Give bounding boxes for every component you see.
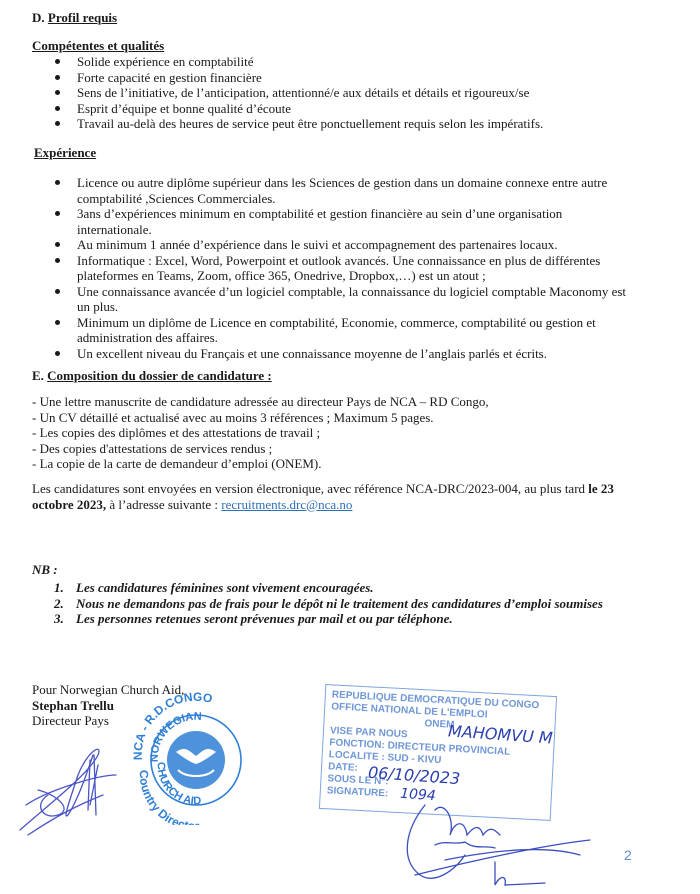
nb-list: 1.Les candidatures féminines sont viveme…	[20, 580, 680, 627]
list-item-text: Licence ou autre diplôme supérieur dans …	[77, 175, 607, 206]
submission-paragraph: Les candidatures sont envoyées en versio…	[32, 481, 632, 512]
experience-list: Licence ou autre diplôme supérieur dans …	[0, 175, 640, 361]
section-d-title: Profil requis	[48, 10, 117, 25]
list-item: Solide expérience en comptabilité	[0, 54, 660, 70]
nb-item: 2.Nous ne demandons pas de frais pour le…	[20, 596, 680, 612]
list-item: 3ans d’expériences minimum en comptabili…	[0, 206, 640, 237]
list-item: Minimum un diplôme de Licence en comptab…	[0, 315, 640, 346]
list-item: Licence ou autre diplôme supérieur dans …	[0, 175, 640, 206]
experience-title: Expérience	[34, 145, 96, 160]
list-item-text: Esprit d’équipe et bonne qualité d’écout…	[77, 101, 291, 116]
nb-item-text: Nous ne demandons pas de frais pour le d…	[76, 596, 603, 611]
nb-item-text: Les personnes retenues seront prévenues …	[76, 611, 453, 626]
section-d-heading: D. Profil requis	[32, 10, 117, 26]
list-item: - Des copies d'attestations de services …	[32, 441, 489, 457]
list-item-text: Informatique : Excel, Word, Powerpoint e…	[77, 253, 600, 284]
competences-title: Compétentes et qualités	[32, 38, 164, 53]
nb-item-number: 1.	[54, 580, 64, 596]
list-item: Sens de l’initiative, de l’anticipation,…	[0, 85, 660, 101]
section-e-prefix: E.	[32, 368, 44, 383]
list-item-text: Au minimum 1 année d’expérience dans le …	[77, 237, 557, 252]
bullet-icon	[55, 106, 60, 111]
list-item: Forte capacité en gestion financière	[0, 70, 660, 86]
submission-text-after: à l’adresse suivante :	[106, 497, 221, 512]
nb-item-text: Les candidatures féminines sont vivement…	[76, 580, 374, 595]
submission-text: Les candidatures sont envoyées en versio…	[32, 481, 588, 496]
bullet-icon	[55, 320, 60, 325]
bullet-icon	[55, 351, 60, 356]
list-item-text: Un excellent niveau du Français et une c…	[77, 346, 547, 361]
section-e-title: Composition du dossier de candidature :	[47, 368, 272, 383]
section-d-prefix: D.	[32, 10, 45, 25]
list-item-text: Sens de l’initiative, de l’anticipation,…	[77, 85, 529, 100]
list-item: Une connaissance avancée d’un logiciel c…	[0, 284, 640, 315]
nca-stamp-icon: NCA - R.D.CONGO NORWEGIAN CHURCH AID Cou…	[128, 690, 263, 825]
bullet-icon	[55, 211, 60, 216]
competences-list: Solide expérience en comptabilité Forte …	[0, 54, 660, 132]
nb-item-number: 3.	[54, 611, 64, 627]
handwritten-signature-icon	[18, 735, 128, 845]
email-link[interactable]: recruitments.drc@nca.no	[221, 497, 352, 512]
nb-item-number: 2.	[54, 596, 64, 612]
section-e-heading: E. Composition du dossier de candidature…	[32, 368, 272, 384]
list-item: Informatique : Excel, Word, Powerpoint e…	[0, 253, 640, 284]
list-item: - Un CV détaillé et actualisé avec au mo…	[32, 410, 489, 426]
list-item: Travail au-delà des heures de service pe…	[0, 116, 660, 132]
list-item-text: Minimum un diplôme de Licence en comptab…	[77, 315, 596, 346]
list-item-text: Solide expérience en comptabilité	[77, 54, 254, 69]
list-item: - Une lettre manuscrite de candidature a…	[32, 394, 489, 410]
nb-item: 3.Les personnes retenues seront prévenue…	[20, 611, 680, 627]
dossier-list: - Une lettre manuscrite de candidature a…	[32, 394, 489, 472]
list-item: Esprit d’équipe et bonne qualité d’écout…	[0, 101, 660, 117]
bullet-icon	[55, 242, 60, 247]
bullet-icon	[55, 180, 60, 185]
list-item-text: Une connaissance avancée d’un logiciel c…	[77, 284, 626, 315]
nb-title: NB :	[32, 562, 58, 578]
onem-signature-icon	[395, 800, 595, 894]
list-item-text: Travail au-delà des heures de service pe…	[77, 116, 543, 131]
bullet-icon	[55, 289, 60, 294]
list-item: Au minimum 1 année d’expérience dans le …	[0, 237, 640, 253]
competences-heading: Compétentes et qualités	[32, 38, 164, 54]
bullet-icon	[55, 121, 60, 126]
experience-heading: Expérience	[34, 145, 96, 161]
list-item: - La copie de la carte de demandeur d’em…	[32, 456, 489, 472]
nb-item: 1.Les candidatures féminines sont viveme…	[20, 580, 680, 596]
list-item: Un excellent niveau du Français et une c…	[0, 346, 640, 362]
list-item-text: 3ans d’expériences minimum en comptabili…	[77, 206, 562, 237]
bullet-icon	[55, 75, 60, 80]
list-item: - Les copies des diplômes et des attesta…	[32, 425, 489, 441]
bullet-icon	[55, 90, 60, 95]
page-number: 2	[624, 848, 632, 864]
bullet-icon	[55, 258, 60, 263]
list-item-text: Forte capacité en gestion financière	[77, 70, 262, 85]
bullet-icon	[55, 59, 60, 64]
